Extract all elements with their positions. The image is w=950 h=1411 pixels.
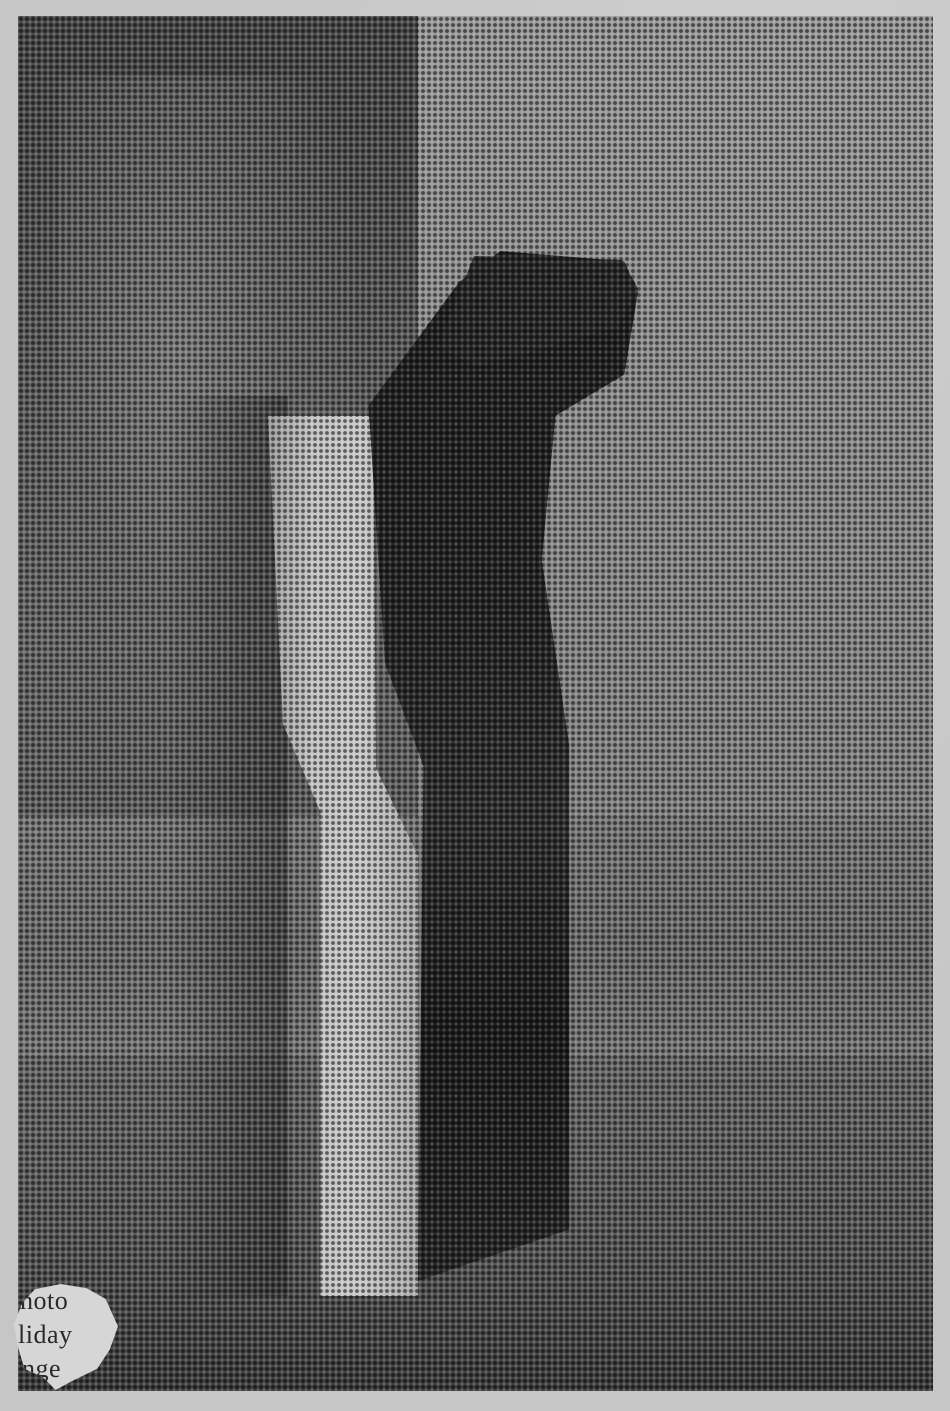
reverse-text-line: liday [18, 1322, 73, 1348]
halftone-photo [18, 16, 933, 1391]
pillar-shadow [168, 396, 288, 1296]
